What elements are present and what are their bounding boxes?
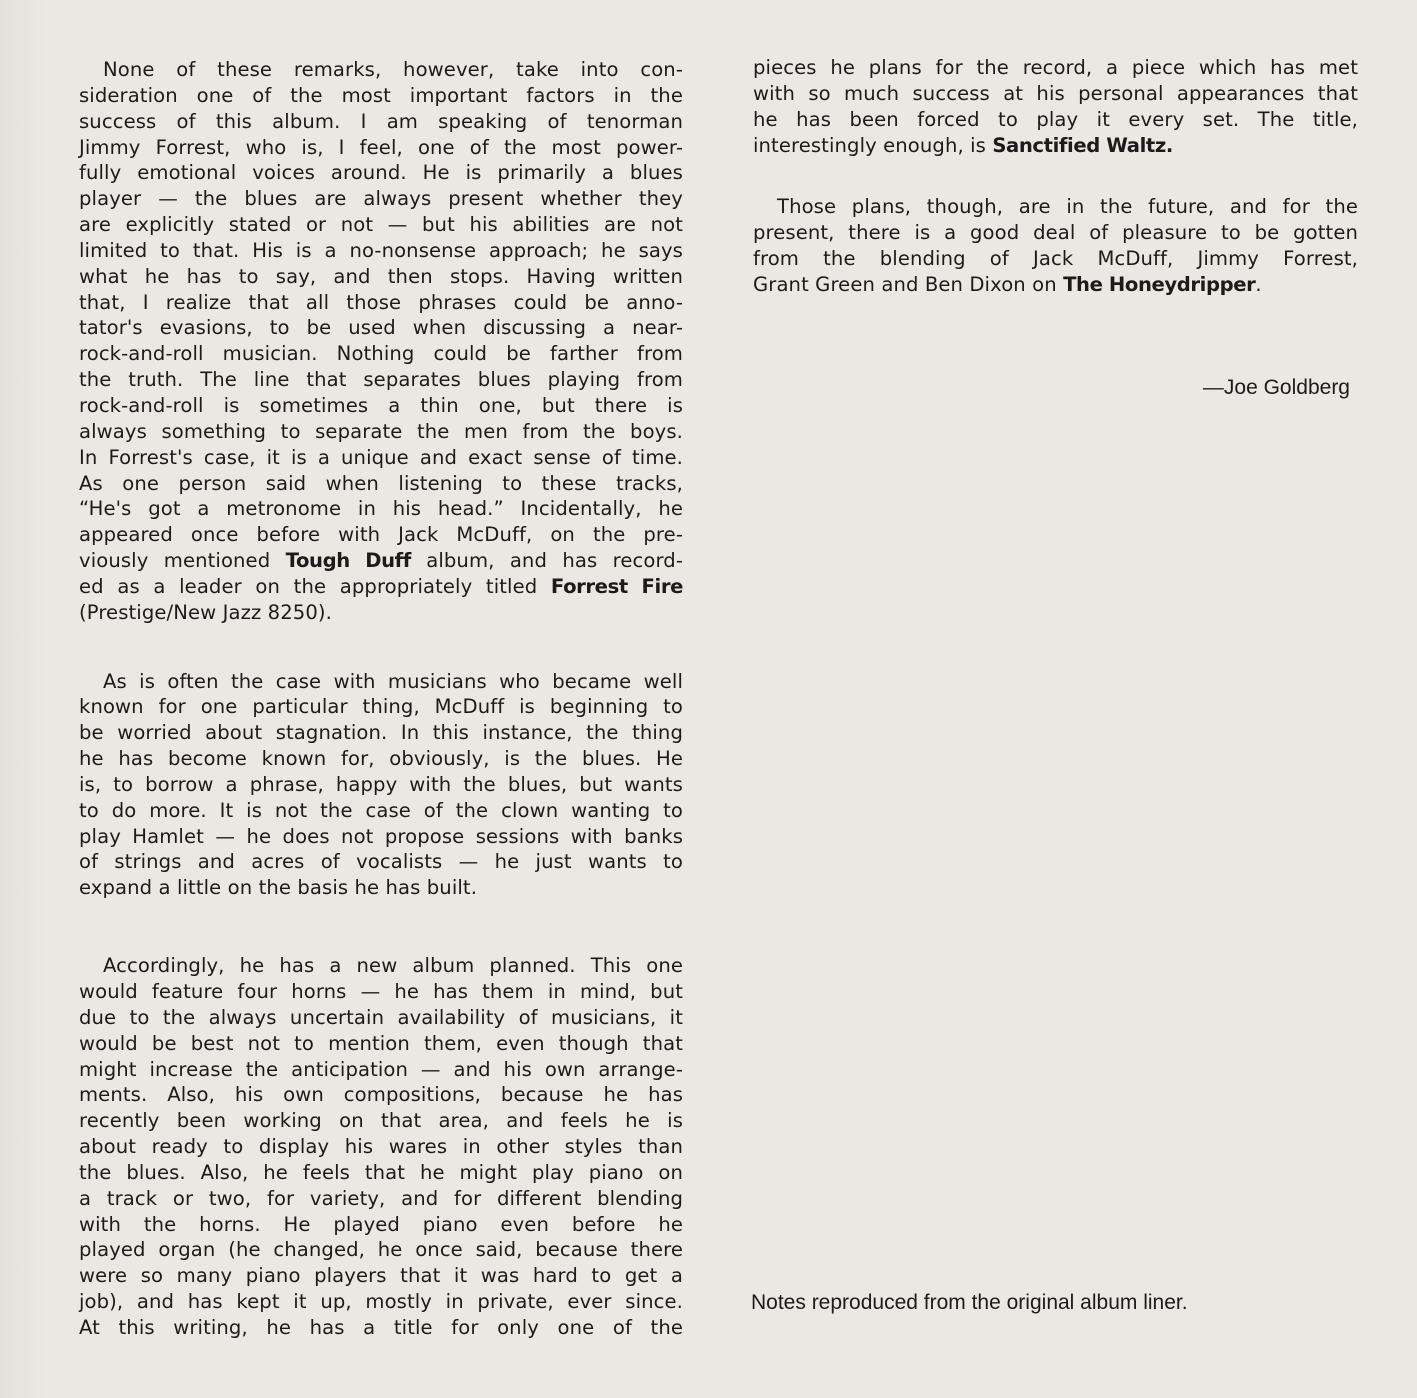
text-line: rock-and-roll musician. Nothing could be… [79,341,683,367]
text-line: job), and has kept it up, mostly in priv… [79,1289,683,1315]
left-column: None of these remarks, however, take int… [79,57,683,1341]
text-line: play Hamlet — he does not propose sessio… [79,824,683,850]
text-run: viously mentioned [79,549,286,572]
text-line: rock-and-roll is sometimes a thin one, b… [79,393,683,419]
text-line: the truth. The line that separates blues… [79,367,683,393]
text-line: would feature four horns — he has them i… [79,979,683,1005]
text-run: interestingly enough, is [753,134,992,157]
text-line: tator's evasions, to be used when discus… [79,315,683,341]
text-line: Grant Green and Ben Dixon on The Honeydr… [753,272,1358,298]
text-line: Accordingly, he has a new album planned.… [79,953,683,979]
text-line: played organ (he changed, he once said, … [79,1237,683,1263]
text-line: appeared once before with Jack McDuff, o… [79,522,683,548]
text-run: Grant Green and Ben Dixon on [753,273,1063,296]
text-line: would be best not to mention them, even … [79,1031,683,1057]
text-line: As one person said when listening to the… [79,471,683,497]
text-run: album, and has record- [411,549,683,572]
text-line: Those plans, though, are in the future, … [753,194,1358,220]
text-line: with the horns. He played piano even bef… [79,1212,683,1238]
text-line: a track or two, for variety, and for dif… [79,1186,683,1212]
author-signature: —Joe Goldberg [1100,376,1350,400]
text-line: with so much success at his personal app… [753,81,1358,107]
text-line: success of this album. I am speaking of … [79,109,683,135]
text-line: (Prestige/New Jazz 8250). [79,600,683,626]
text-line: are explicitly stated or not — but his a… [79,212,683,238]
text-line: he has been forced to play it every set.… [753,107,1358,133]
paragraph-honeydripper: Those plans, though, are in the future, … [753,194,1358,297]
text-line: Jimmy Forrest, who is, I feel, one of th… [79,135,683,161]
text-line: were so many piano players that it was h… [79,1263,683,1289]
text-line: ed as a leader on the appropriately titl… [79,574,683,600]
footer-note: Notes reproduced from the original album… [751,1291,1188,1315]
text-line: he has become known for, obviously, is t… [79,746,683,772]
text-line: recently been working on that area, and … [79,1108,683,1134]
paragraph-stagnation: As is often the case with musicians who … [79,669,683,902]
paragraph-new-album: Accordingly, he has a new album planned.… [79,953,683,1341]
song-title-sanctified-waltz: Sanctified Waltz. [992,134,1173,157]
text-line: of strings and acres of vocalists — he j… [79,849,683,875]
text-line: that, I realize that all those phrases c… [79,290,683,316]
text-run: ed as a leader on the appropriately titl… [79,575,551,598]
text-line: to do more. It is not the case of the cl… [79,798,683,824]
text-line: interestingly enough, is Sanctified Walt… [753,133,1358,159]
album-title-forrest-fire: Forrest Fire [551,575,683,598]
page-edge-shadow [0,0,45,1398]
text-line: fully emotional voices around. He is pri… [79,160,683,186]
text-line: is, to borrow a phrase, happy with the b… [79,772,683,798]
album-title-honeydripper: The Honeydripper [1063,273,1255,296]
text-line: what he has to say, and then stops. Havi… [79,264,683,290]
text-line: pieces he plans for the record, a piece … [753,55,1358,81]
text-line: present, there is a good deal of pleasur… [753,220,1358,246]
text-line: the blues. Also, he feels that he might … [79,1160,683,1186]
text-line: due to the always uncertain availability… [79,1005,683,1031]
text-line: be worried about stagnation. In this ins… [79,720,683,746]
album-title-tough-duff: Tough Duff [286,549,411,572]
text-line: about ready to display his wares in othe… [79,1134,683,1160]
text-line: As is often the case with musicians who … [79,669,683,695]
paragraph-jimmy-forrest: None of these remarks, however, take int… [79,57,683,626]
text-line: known for one particular thing, McDuff i… [79,694,683,720]
paragraph-sanctified-waltz: pieces he plans for the record, a piece … [753,55,1358,158]
text-line: ments. Also, his own compositions, becau… [79,1082,683,1108]
text-line: In Forrest's case, it is a unique and ex… [79,445,683,471]
right-column: pieces he plans for the record, a piece … [753,55,1358,298]
text-line: “He's got a metronome in his head.” Inci… [79,496,683,522]
text-line: might increase the anticipation — and hi… [79,1057,683,1083]
text-run: . [1255,273,1261,296]
text-line: None of these remarks, however, take int… [79,57,683,83]
text-line: player — the blues are always present wh… [79,186,683,212]
text-line: limited to that. His is a no-nonsense ap… [79,238,683,264]
text-line: always something to separate the men fro… [79,419,683,445]
text-line: expand a little on the basis he has buil… [79,875,683,901]
text-line: At this writing, he has a title for only… [79,1315,683,1341]
text-line: viously mentioned Tough Duff album, and … [79,548,683,574]
text-line: from the blending of Jack McDuff, Jimmy … [753,246,1358,272]
text-line: sideration one of the most important fac… [79,83,683,109]
